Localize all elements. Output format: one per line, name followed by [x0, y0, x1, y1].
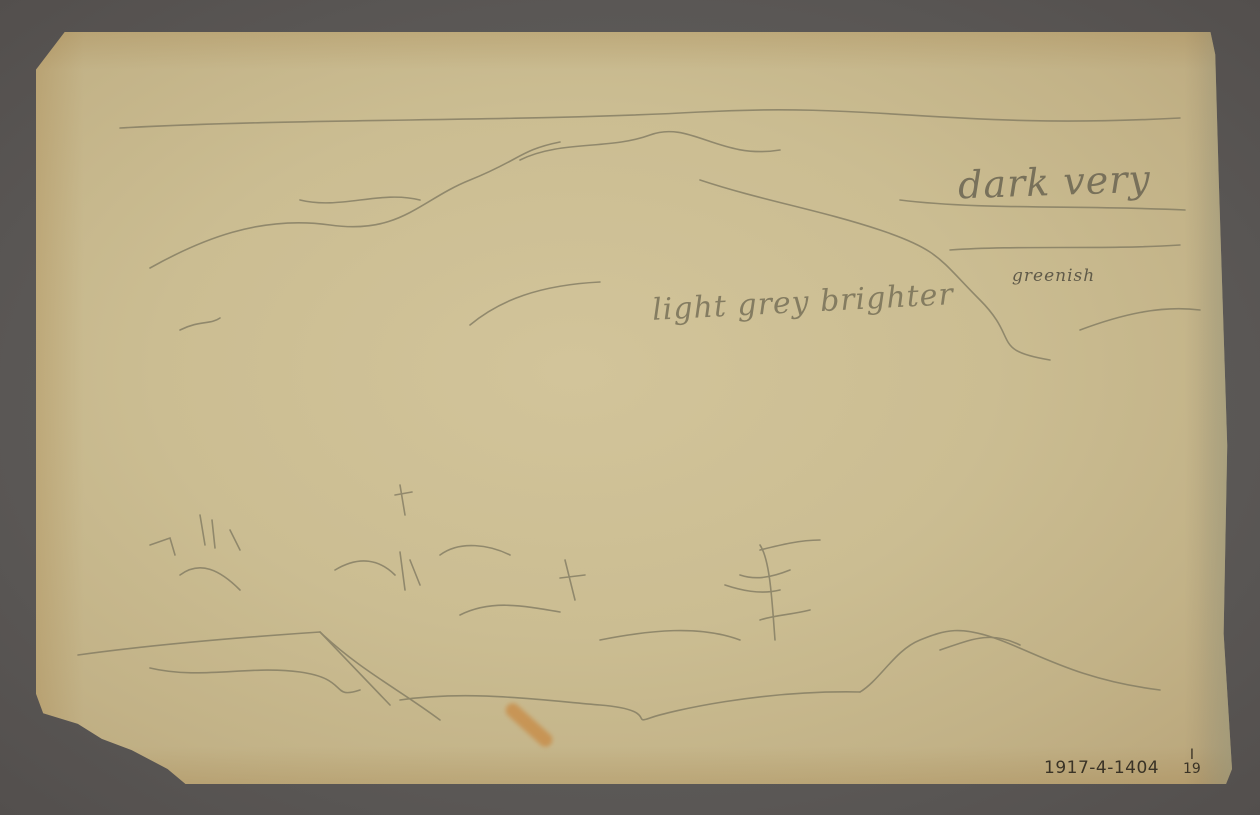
folio-top: I: [1183, 748, 1201, 762]
folio-mark: I 19: [1183, 748, 1201, 776]
catalog-number: 1917-4-1404: [1044, 758, 1159, 778]
annotation-dark-very: dark very: [957, 157, 1151, 208]
folio-bottom: 19: [1183, 762, 1201, 776]
annotation-greenish: greenish: [1012, 266, 1095, 286]
paper-sheet: [36, 32, 1232, 784]
